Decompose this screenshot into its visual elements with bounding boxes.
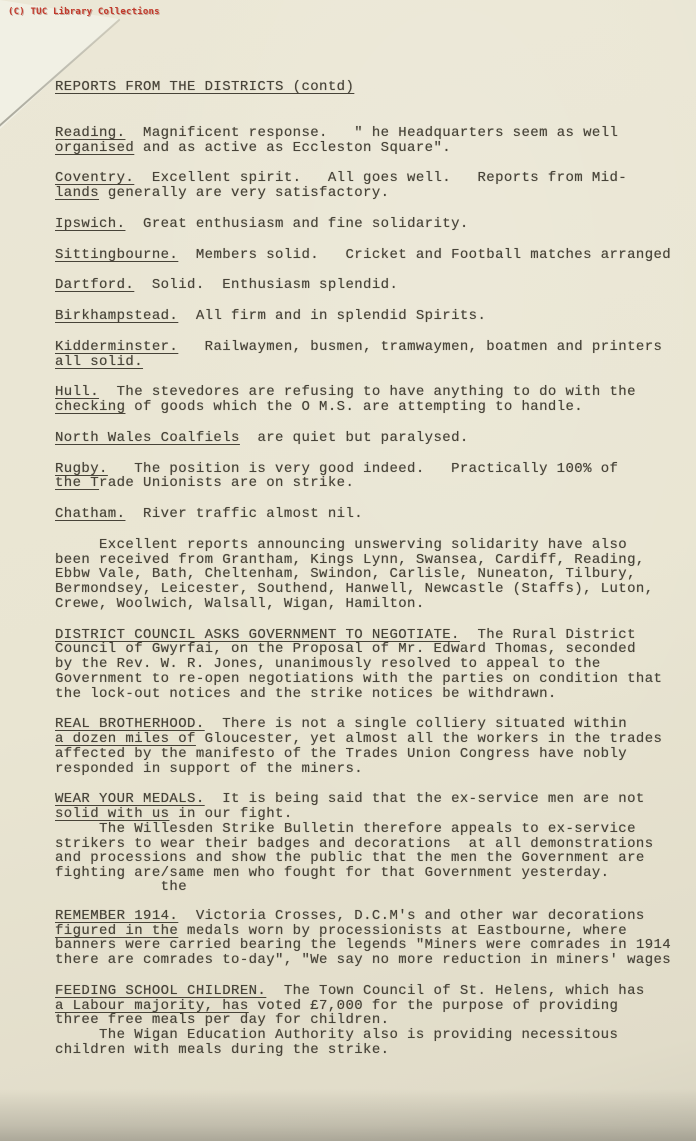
text-segment: rade Unionists are on strike.: [99, 475, 354, 491]
text-line: the Trade Unionists are on strike.: [55, 476, 696, 491]
text-line: affected by the manifesto of the Trades …: [55, 747, 696, 762]
text-segment: The stevedores are refusing to have anyt…: [99, 384, 636, 400]
text-segment: All firm and in splendid Spirits.: [178, 308, 486, 324]
text-line: REAL BROTHERHOOD. There is not a single …: [55, 717, 696, 732]
text-segment: of goods which the O M.S. are attempting…: [125, 399, 583, 415]
text-line: solid with us in our fight.: [55, 807, 696, 822]
text-segment: and processions and show the public that…: [55, 850, 645, 866]
text-line: The Wigan Education Authority also is pr…: [55, 1028, 696, 1043]
text-segment: Solid. Enthusiasm splendid.: [134, 277, 398, 293]
underlined-text-segment: Ipswich.: [55, 216, 125, 232]
section-north-wales-coalfields: North Wales Coalfiels are quiet but para…: [55, 431, 696, 446]
text-segment: Victoria Crosses, D.C.M's and other war …: [178, 908, 644, 924]
underlined-text-segment: solid with us: [55, 806, 169, 822]
text-line: Birkhampstead. All firm and in splendid …: [55, 309, 696, 324]
underlined-text-segment: Kidderminster.: [55, 339, 178, 355]
scanned-document-page: (C) TUC Library Collections REPORTS FROM…: [0, 0, 696, 1141]
text-segment: affected by the manifesto of the Trades …: [55, 746, 627, 762]
text-line: Excellent reports announcing unswerving …: [55, 538, 696, 553]
text-line: the: [55, 881, 696, 893]
text-segment: the: [55, 879, 187, 895]
underlined-text-segment: Dartford.: [55, 277, 134, 293]
text-line: The Willesden Strike Bulletin therefore …: [55, 822, 696, 837]
text-segment: Railwaymen, busmen, tramwaymen, boatmen …: [178, 339, 662, 355]
underlined-text-segment: checking: [55, 399, 125, 415]
section-feeding-school-children: FEEDING SCHOOL CHILDREN. The Town Counci…: [55, 984, 696, 1058]
text-line: WEAR YOUR MEDALS. It is being said that …: [55, 792, 696, 807]
underlined-text-segment: organised: [55, 140, 134, 156]
section-hull: Hull. The stevedores are refusing to hav…: [55, 385, 696, 415]
text-line: Chatham. River traffic almost nil.: [55, 507, 696, 522]
underlined-text-segment: lands: [55, 185, 99, 201]
text-segment: It is being said that the ex-service men…: [205, 791, 645, 807]
text-segment: in our fight.: [169, 806, 292, 822]
section-kidderminster: Kidderminster. Railwaymen, busmen, tramw…: [55, 340, 696, 370]
underlined-text-segment: the T: [55, 475, 99, 491]
text-segment: there are comrades to-day", "We say no m…: [55, 952, 671, 968]
text-segment: are quiet but paralysed.: [240, 430, 469, 446]
text-line: a dozen miles of Gloucester, yet almost …: [55, 732, 696, 747]
text-segment: The Willesden Strike Bulletin therefore …: [55, 821, 636, 837]
underlined-text-segment: WEAR YOUR MEDALS.: [55, 791, 205, 807]
text-line: children with meals during the strike.: [55, 1043, 696, 1058]
section-ipswich: Ipswich. Great enthusiasm and fine solid…: [55, 217, 696, 232]
text-line: Ipswich. Great enthusiasm and fine solid…: [55, 217, 696, 232]
text-line: Dartford. Solid. Enthusiasm splendid.: [55, 278, 696, 293]
text-line: Council of Gwyrfai, on the Proposal of M…: [55, 642, 696, 657]
bottom-edge-shadow: [0, 1089, 696, 1141]
text-line: lands generally are very satisfactory.: [55, 186, 696, 201]
text-segment: Crewe, Woolwich, Walsall, Wigan, Hamilto…: [55, 596, 425, 612]
section-excellent-reports: Excellent reports announcing unswerving …: [55, 538, 696, 612]
text-segment: Council of Gwyrfai, on the Proposal of M…: [55, 641, 636, 657]
text-segment: responded in support of the miners.: [55, 761, 363, 777]
underlined-text-segment: FEEDING SCHOOL CHILDREN.: [55, 983, 266, 999]
section-wear-your-medals: WEAR YOUR MEDALS. It is being said that …: [55, 792, 696, 893]
text-line: organised and as active as Eccleston Squ…: [55, 141, 696, 156]
text-segment: Government to re-open negotiations with …: [55, 671, 662, 687]
text-segment: children with meals during the strike.: [55, 1042, 389, 1058]
text-segment: Excellent reports announcing unswerving …: [55, 537, 627, 553]
text-segment: Members solid. Cricket and Football matc…: [178, 247, 671, 263]
text-line: Government to re-open negotiations with …: [55, 672, 696, 687]
text-segment: River traffic almost nil.: [125, 506, 363, 522]
text-segment: Great enthusiasm and fine solidarity.: [125, 216, 468, 232]
text-line: all solid.: [55, 355, 696, 370]
text-line: responded in support of the miners.: [55, 762, 696, 777]
text-segment: and as active as Eccleston Square".: [134, 140, 451, 156]
text-segment: generally are very satisfactory.: [99, 185, 389, 201]
text-segment: Ebbw Vale, Bath, Cheltenham, Swindon, Ca…: [55, 566, 636, 582]
text-line: Bermondsey, Leicester, Southend, Hanwell…: [55, 582, 696, 597]
text-line: three free meals per day for children.: [55, 1013, 696, 1028]
text-segment: the lock-out notices and the strike noti…: [55, 686, 557, 702]
text-segment: The Wigan Education Authority also is pr…: [55, 1027, 618, 1043]
section-real-brotherhood: REAL BROTHERHOOD. There is not a single …: [55, 717, 696, 776]
text-line: Ebbw Vale, Bath, Cheltenham, Swindon, Ca…: [55, 567, 696, 582]
underlined-text-segment: North Wales Coalfiels: [55, 430, 240, 446]
text-line: and processions and show the public that…: [55, 851, 696, 866]
text-segment: Bermondsey, Leicester, Southend, Hanwell…: [55, 581, 654, 597]
text-segment: There is not a single colliery situated …: [205, 716, 627, 732]
underlined-text-segment: all solid.: [55, 354, 143, 370]
text-line: by the Rev. W. R. Jones, unanimously res…: [55, 657, 696, 672]
underlined-text-segment: Hull.: [55, 384, 99, 400]
text-line: banners were carried bearing the legends…: [55, 938, 696, 953]
text-segment: Excellent spirit. All goes well. Reports…: [134, 170, 627, 186]
section-rugby: Rugby. The position is very good indeed.…: [55, 462, 696, 492]
text-line: Reading. Magnificent response. " he Head…: [55, 126, 696, 141]
text-line: REMEMBER 1914. Victoria Crosses, D.C.M's…: [55, 909, 696, 924]
copyright-watermark: (C) TUC Library Collections: [8, 7, 160, 17]
text-segment: by the Rev. W. R. Jones, unanimously res…: [55, 656, 601, 672]
underlined-text-segment: Reading.: [55, 125, 125, 141]
text-line: the lock-out notices and the strike noti…: [55, 687, 696, 702]
text-line: there are comrades to-day", "We say no m…: [55, 953, 696, 968]
document-title: REPORTS FROM THE DISTRICTS (contd): [55, 80, 696, 95]
text-line: Sittingbourne. Members solid. Cricket an…: [55, 248, 696, 263]
underlined-text-segment: Coventry.: [55, 170, 134, 186]
underlined-text-segment: Sittingbourne.: [55, 247, 178, 263]
section-chatham: Chatham. River traffic almost nil.: [55, 507, 696, 522]
text-line: checking of goods which the O M.S. are a…: [55, 400, 696, 415]
text-segment: three free meals per day for children.: [55, 1012, 389, 1028]
underlined-text-segment: REMEMBER 1914.: [55, 908, 178, 924]
text-segment: The Town Council of St. Helens, which ha…: [266, 983, 644, 999]
text-line: North Wales Coalfiels are quiet but para…: [55, 431, 696, 446]
text-line: Kidderminster. Railwaymen, busmen, tramw…: [55, 340, 696, 355]
underlined-text-segment: Birkhampstead.: [55, 308, 178, 324]
text-segment: Gloucester, yet almost all the workers i…: [196, 731, 662, 747]
section-reading: Reading. Magnificent response. " he Head…: [55, 126, 696, 156]
section-district-council: DISTRICT COUNCIL ASKS GOVERNMENT TO NEGO…: [55, 628, 696, 702]
text-line: Hull. The stevedores are refusing to hav…: [55, 385, 696, 400]
underlined-text-segment: a dozen miles of: [55, 731, 196, 747]
text-line: Coventry. Excellent spirit. All goes wel…: [55, 171, 696, 186]
section-birkhampstead: Birkhampstead. All firm and in splendid …: [55, 309, 696, 324]
text-line: FEEDING SCHOOL CHILDREN. The Town Counci…: [55, 984, 696, 999]
section-remember-1914: REMEMBER 1914. Victoria Crosses, D.C.M's…: [55, 909, 696, 968]
text-segment: banners were carried bearing the legends…: [55, 937, 671, 953]
section-dartford: Dartford. Solid. Enthusiasm splendid.: [55, 278, 696, 293]
text-segment: Magnificent response. " he Headquarters …: [125, 125, 618, 141]
text-line: Crewe, Woolwich, Walsall, Wigan, Hamilto…: [55, 597, 696, 612]
document-body: REPORTS FROM THE DISTRICTS (contd) Readi…: [55, 80, 696, 1074]
underlined-text-segment: REAL BROTHERHOOD.: [55, 716, 205, 732]
section-sittingbourne: Sittingbourne. Members solid. Cricket an…: [55, 248, 696, 263]
underlined-text-segment: Chatham.: [55, 506, 125, 522]
section-coventry: Coventry. Excellent spirit. All goes wel…: [55, 171, 696, 201]
